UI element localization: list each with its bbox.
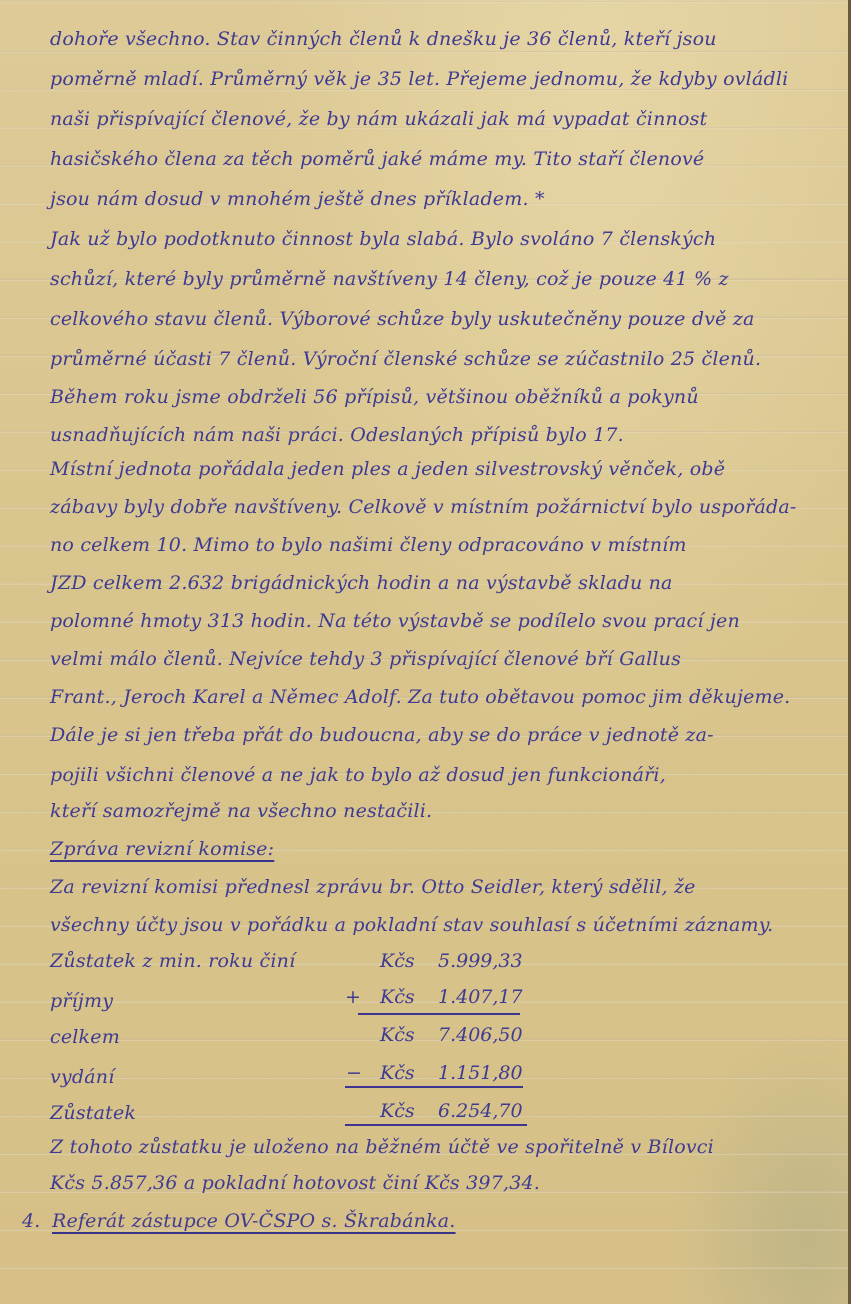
ledger-amount: 1.151,80 [438, 1062, 523, 1084]
text-line: schůzí, které byly průměrně navštíveny 1… [50, 268, 729, 290]
text-line: všechny účty jsou v pořádku a pokladní s… [50, 914, 773, 936]
ledger-sign: + [345, 986, 361, 1008]
ledger-currency: Kčs [380, 986, 415, 1008]
item-number: 4. [22, 1210, 41, 1232]
text-line: kteří samozřejmě na všechno nestačili. [50, 800, 432, 822]
total-double-underline [345, 1124, 527, 1126]
text-line: JZD celkem 2.632 brigádnických hodin a n… [50, 572, 673, 594]
section-heading: Zpráva revizní komise: [50, 838, 274, 860]
ledger-label: celkem [50, 1026, 120, 1048]
ledger-currency: Kčs [380, 1024, 415, 1046]
sum-underline [358, 1013, 520, 1015]
ledger-label: Zůstatek z min. roku činí [50, 950, 295, 972]
text-line: Frant., Jeroch Karel a Němec Adolf. Za t… [50, 686, 790, 708]
text-line: poměrně mladí. Průměrný věk je 35 let. P… [50, 68, 788, 90]
ledger-currency: Kčs [380, 950, 415, 972]
text-line: hasičského člena za těch poměrů jaké mám… [50, 148, 704, 170]
text-line: zábavy byly dobře navštíveny. Celkově v … [50, 496, 797, 518]
ledger-label: příjmy [50, 990, 113, 1012]
text-line: Z tohoto zůstatku je uloženo na běžném ú… [50, 1136, 714, 1158]
text-line: Dále je si jen třeba přát do budoucna, a… [50, 724, 714, 746]
ledger-amount: 1.407,17 [438, 986, 523, 1008]
text-line: celkového stavu členů. Výborové schůze b… [50, 308, 755, 330]
text-line: Kčs 5.857,36 a pokladní hotovost činí Kč… [50, 1172, 540, 1194]
document-page: dohoře všechno. Stav činných členů k dne… [0, 0, 851, 1304]
text-line: jsou nám dosud v mnohém ještě dnes příkl… [50, 188, 545, 210]
text-line: Jak už bylo podotknuto činnost byla slab… [50, 228, 716, 250]
text-line: polomné hmoty 313 hodin. Na této výstavb… [50, 610, 740, 632]
ledger-amount: 7.406,50 [438, 1024, 523, 1046]
text-line: pojili všichni členové a ne jak to bylo … [50, 764, 666, 786]
ledger-amount: 5.999,33 [438, 950, 523, 972]
text-line: dohoře všechno. Stav činných členů k dne… [50, 28, 717, 50]
difference-underline [345, 1086, 523, 1088]
text-line: velmi málo členů. Nejvíce tehdy 3 přispí… [50, 648, 681, 670]
text-line: Během roku jsme obdrželi 56 přípisů, vět… [50, 386, 699, 408]
ledger-label: Zůstatek [50, 1102, 136, 1124]
text-line: Za revizní komisi přednesl zprávu br. Ot… [50, 876, 696, 898]
text-line: Místní jednota pořádala jeden ples a jed… [50, 458, 725, 480]
item-title: Referát zástupce OV-ČSPO s. Škrabánka. [52, 1210, 456, 1232]
ledger-amount: 6.254,70 [438, 1100, 523, 1122]
text-line: no celkem 10. Mimo to bylo našimi členy … [50, 534, 687, 556]
text-line: průměrné účasti 7 členů. Výroční členské… [50, 348, 761, 370]
text-line: naši přispívající členové, že by nám uká… [50, 108, 707, 130]
text-line: usnadňujících nám naši práci. Odeslaných… [50, 424, 624, 446]
ledger-label: vydání [50, 1066, 114, 1088]
ledger-sign: − [346, 1062, 362, 1084]
ledger-currency: Kčs [380, 1100, 415, 1122]
ledger-currency: Kčs [380, 1062, 415, 1084]
